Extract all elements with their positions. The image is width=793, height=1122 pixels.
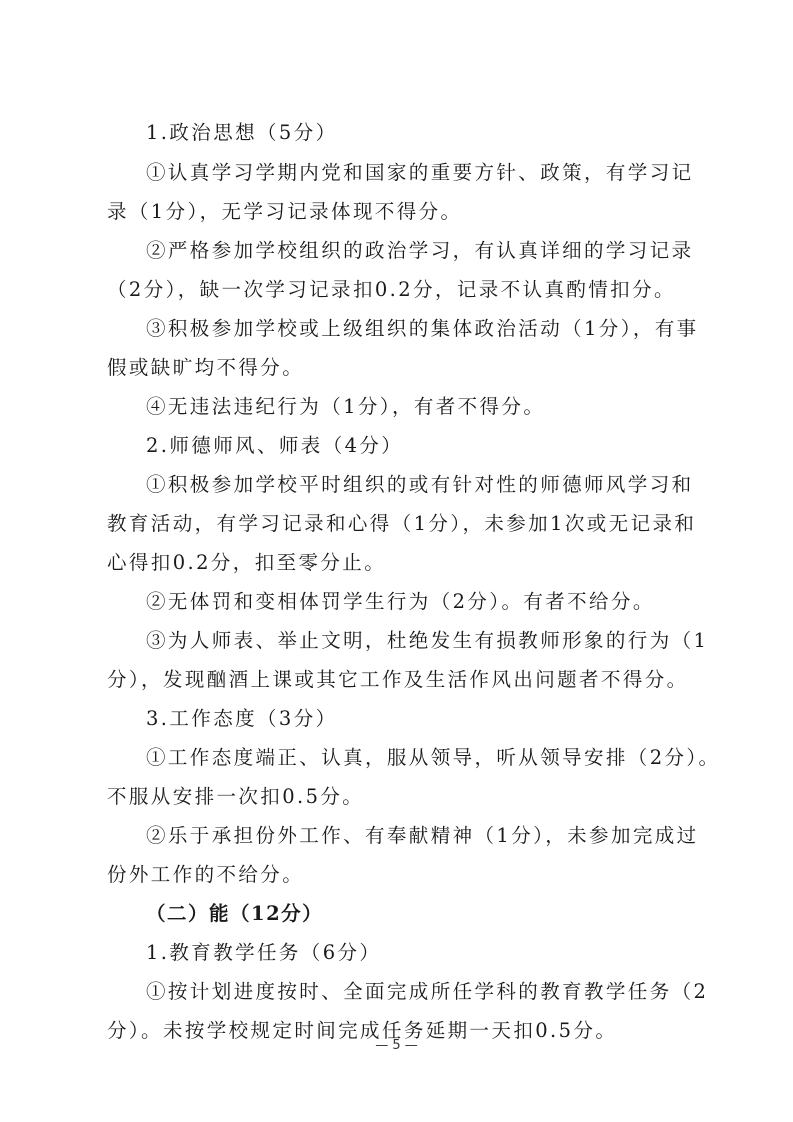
text-line: ②乐于承担份外工作、有奉献精神（1分），未参加完成过 xyxy=(146,823,731,849)
text-line: 不服从安排一次扣0.5分。 xyxy=(107,784,692,810)
text-line: ②严格参加学校组织的政治学习，有认真详细的学习记录 xyxy=(146,238,731,264)
text-line: ①积极参加学校平时组织的或有针对性的师德师风学习和 xyxy=(146,472,731,498)
text-line: 假或缺旷均不得分。 xyxy=(107,355,692,381)
text-line: ④无违法违纪行为（1分），有者不得分。 xyxy=(146,394,731,420)
text-line: ①按计划进度按时、全面完成所任学科的教育教学任务（2 xyxy=(146,979,731,1005)
text-line: 分），发现酗酒上课或其它工作及生活作风出问题者不得分。 xyxy=(107,667,692,693)
text-line: ①认真学习学期内党和国家的重要方针、政策，有学习记 xyxy=(146,160,731,186)
text-line: 2.师德师风、师表（4分） xyxy=(146,433,731,459)
text-line: ②无体罚和变相体罚学生行为（2分）。有者不给分。 xyxy=(146,589,731,615)
text-line: ①工作态度端正、认真，服从领导，听从领导安排（2分）。 xyxy=(146,745,731,771)
text-line: 1.政治思想（5分） xyxy=(146,120,731,146)
text-line: ③积极参加学校或上级组织的集体政治活动（1分），有事 xyxy=(146,316,731,342)
text-line: 3.工作态度（3分） xyxy=(146,706,731,732)
text-line: 心得扣0.2分，扣至零分止。 xyxy=(107,550,692,576)
text-line: （2分），缺一次学习记录扣0.2分，记录不认真酌情扣分。 xyxy=(107,277,692,303)
text-line: 录（1分），无学习记录体现不得分。 xyxy=(107,199,692,225)
text-line: 教育活动，有学习记录和心得（1分），未参加1次或无记录和 xyxy=(107,511,692,537)
text-line: 1.教育教学任务（6分） xyxy=(146,940,731,966)
document-page: 1.政治思想（5分）①认真学习学期内党和国家的重要方针、政策，有学习记录（1分）… xyxy=(0,0,793,1122)
text-line: 份外工作的不给分。 xyxy=(107,862,692,888)
section-heading: （二）能（12分） xyxy=(146,901,731,927)
page-number: — 5 — xyxy=(0,1038,793,1053)
text-line: ③为人师表、举止文明，杜绝发生有损教师形象的行为（1 xyxy=(146,628,731,654)
